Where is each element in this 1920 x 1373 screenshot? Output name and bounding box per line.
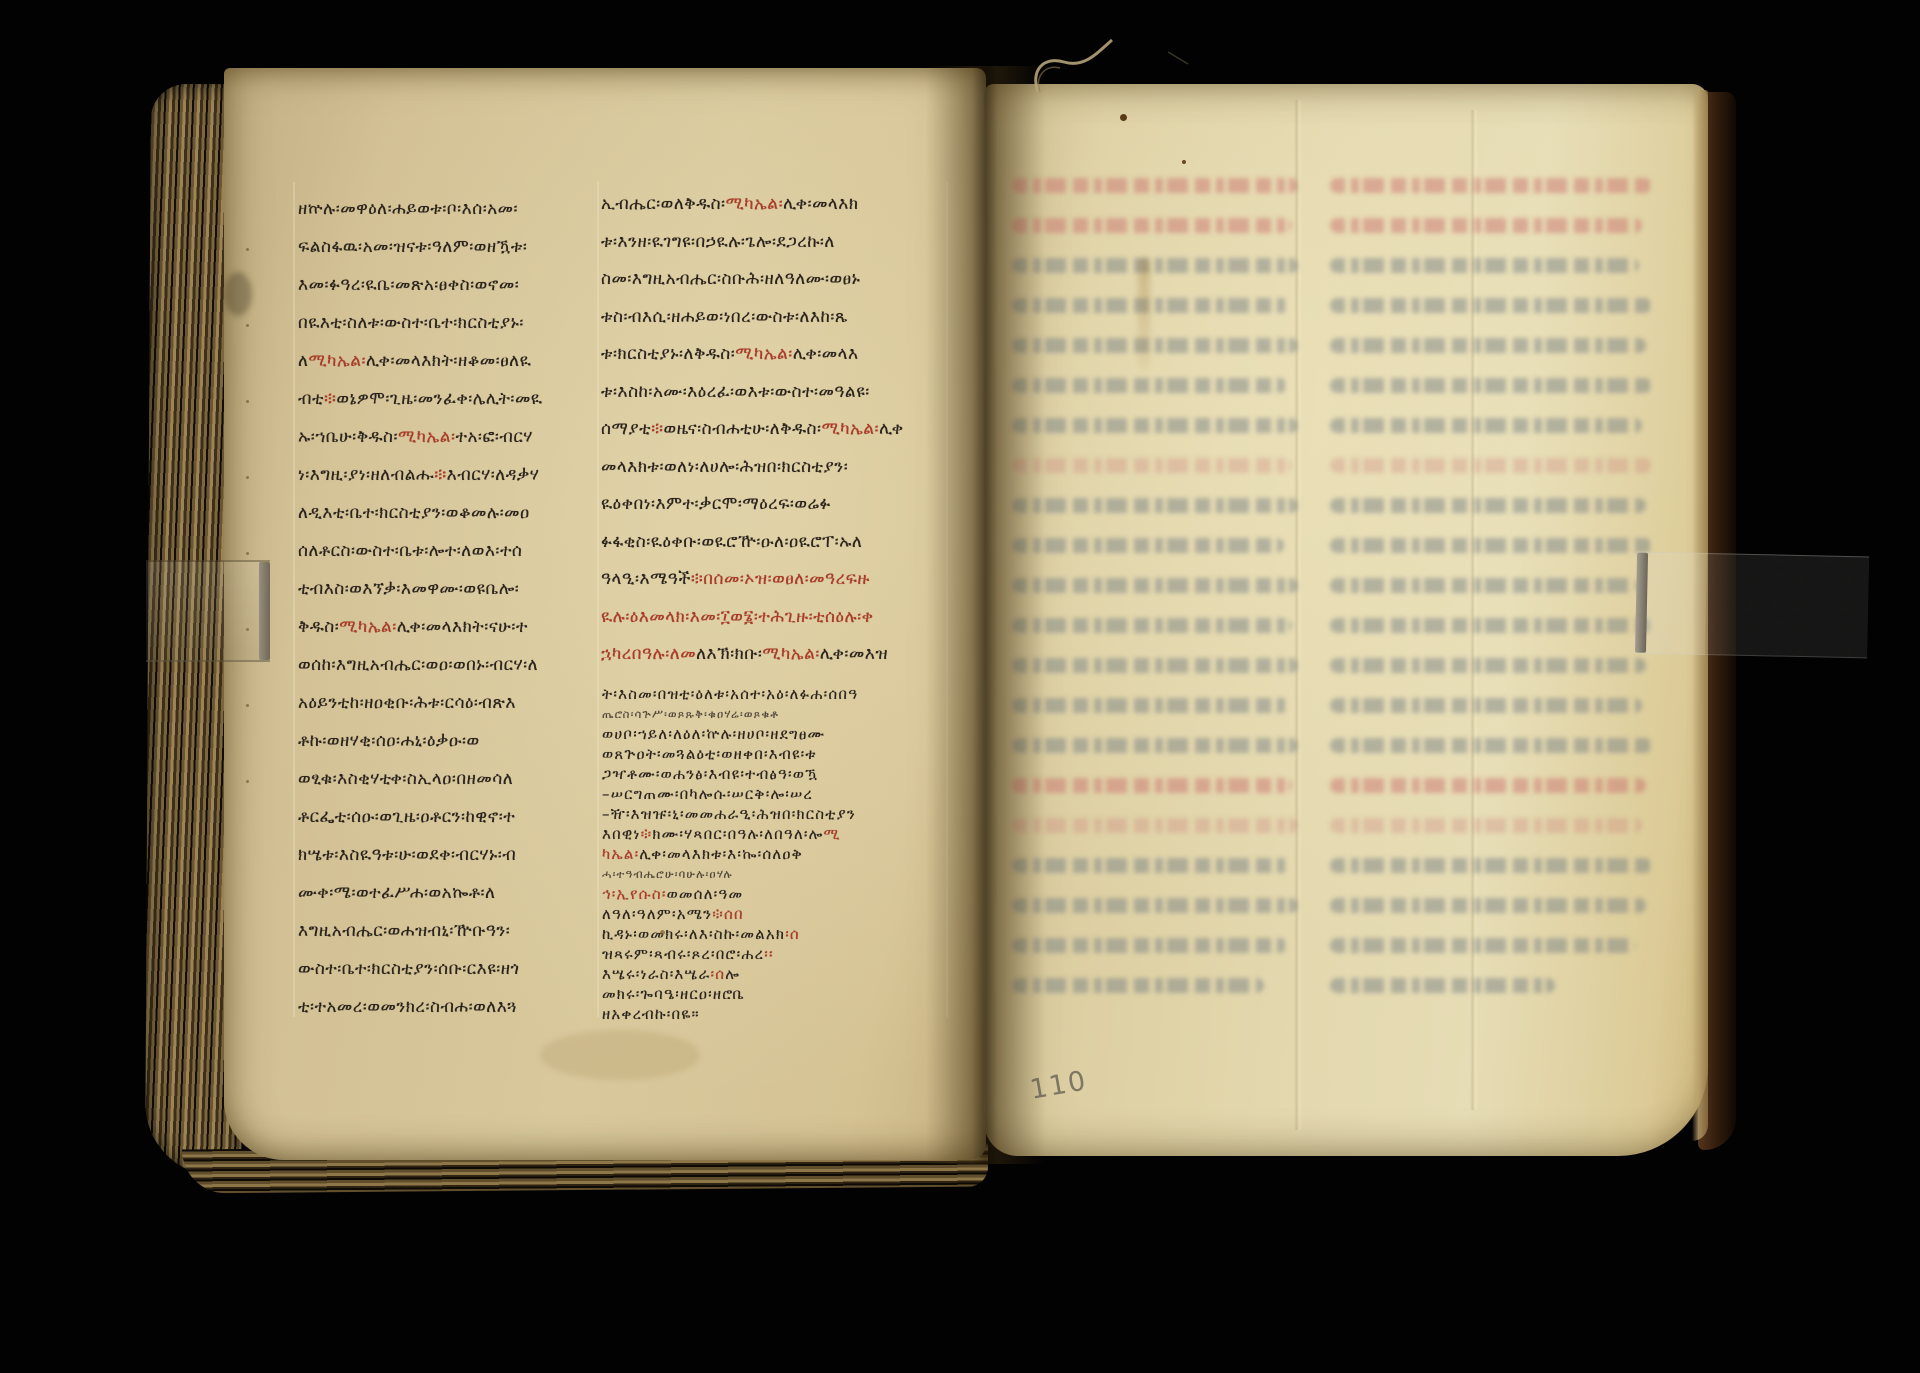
manuscript-text-line: እመ፡ፉዓረ፡ዪቤ፡መጽአ፡ፀቀስ፡ወኖመ፡	[298, 266, 594, 304]
ink-text: ቶርፌቲ፡ሰዑ፡ወጊዜ፡ዐቶርን፡ከዊኖ፡ተ	[298, 807, 515, 827]
bleedthrough-line	[1012, 258, 1298, 273]
manuscript-text-line: በዪእቲ፡ስለቱ፡ውስተ፡ቤተ፡ክርስቲያኑ፡	[298, 304, 594, 342]
pricking-hole	[246, 780, 249, 783]
rubric-red-text: ካኤል፡	[602, 845, 639, 863]
ink-text: ቱ፡እስከ፡አሙ፡እዕረፈ፡ወእቱ፡ውስተ፡መዓልዩ፡	[601, 382, 870, 402]
bleedthrough-line	[1330, 538, 1652, 553]
ink-text: ሙቀ፡ሜ፡ወተፈሥሐ፡ወአኰቶ፡ለ	[298, 883, 495, 903]
text-column-left: ዘኵሉ፡መዋዕለ፡ሐይወቱ፡ቦ፡እሰ፡አመ፡ፍልስፋዉ፡አመ፡ዝናቱ፡ዓለም፡ወ…	[298, 190, 594, 1026]
bleedthrough-line	[1012, 578, 1298, 593]
ink-text: ሊቀ፡መላእክ	[783, 194, 858, 214]
bleedthrough-line	[1330, 338, 1646, 353]
rubric-red-text: ሚካኤል፡	[726, 194, 784, 214]
ink-text: እግዚአብሔር፡ወሐዝብኒ፡ዅቡዓን፡	[298, 921, 510, 941]
ink-text: ጋዣቶሙ፡ወሐንፅ፡እብዩ፡ተብፅዓ፡ወዃ	[602, 765, 818, 783]
parchment-stain	[540, 1030, 700, 1080]
manuscript-text-line: መክሩ፡ጐባዔ፡ዘርዐ፡ዘሮቤ	[602, 984, 949, 1004]
bleedthrough-line	[1012, 338, 1298, 353]
pricking-hole	[246, 400, 249, 403]
ink-text: –ዥ፡እዝዡ፡ኒ፡መመሐራዒ፡ሕዝበ፡ክርስቲያን	[602, 805, 856, 823]
binding-thread	[1000, 28, 1220, 108]
manuscript-text-line: ውስተ፡ቤተ፡ክርስቲያን፡ሰቡ፡ርእዩ፡ዘጎ	[298, 950, 594, 988]
manuscript-text-line: ሓ፡ተዓብሔሮሁ፡ባሁሉ፡ዐሃሉ	[602, 864, 949, 884]
manuscript-text-line: ወፂቁ፡እስቂሃቲቀ፡ስኢላዐ፡በዘመሳለ	[298, 760, 594, 798]
manuscript-text-line: አዕይንቲከ፡ዘዐቂቡ፡ሕቱ፡ርሳዕ፡ብጽእ	[298, 684, 594, 722]
manuscript-text-line: ኅ፡ኢየሱስ፡ወመሰለ፡ዓመ	[602, 884, 949, 904]
ink-text: ቱ፡እንዘ፡ዪገግዩ፡በኃዪሉ፡ጌሎ፡ደጋረኩ፡ለ	[601, 232, 835, 252]
manuscript-text-line: ብቲ፨ወኔዎሞ፡ጊዜ፡መንፈቀ፡ሌሊት፡መዪ	[298, 380, 594, 418]
ink-text: ብቲ	[298, 389, 324, 409]
ink-text: ፍልስፋዉ፡አመ፡ዝናቱ፡ዓለም፡ወዘዃቱ፡	[298, 237, 527, 257]
manuscript-text-line: ስመ፡እግዚአብሔር፡ስቡሕ፡ዘለዓለሙ፡ወፀኑ	[601, 261, 948, 299]
bleedthrough-line	[1330, 458, 1652, 473]
ink-text: ዝጻሩም፡ጻብሩ፡ጾረ፡በሮ፡ሐረ	[602, 945, 764, 963]
rubric-red-text: ፨ሰበ	[712, 905, 744, 923]
bleedthrough-line	[1012, 778, 1292, 793]
ink-text: ቱ፡ክርስቲያኑ፡ለቅዱስ፡	[601, 344, 735, 364]
bleedthrough-line	[1330, 978, 1555, 993]
parchment-stain	[224, 272, 252, 316]
manuscript-text-line: ዪዕቀበነ፡እምተ፡ቃርሞ፡ማዕረፍ፡ወሬፉ	[601, 486, 948, 524]
ink-text: እመ፡ፉዓረ፡ዪቤ፡መጽአ፡ፀቀስ፡ወኖመ፡	[298, 275, 519, 295]
bleedthrough-line	[1012, 818, 1298, 833]
manuscript-photo-scene: ዘኵሉ፡መዋዕለ፡ሐይወቱ፡ቦ፡እሰ፡አመ፡ፍልስፋዉ፡አመ፡ዝናቱ፡ዓለም፡ወ…	[0, 0, 1920, 1373]
bleedthrough-column-left	[1012, 178, 1298, 1018]
rubric-red-text: ሚ	[823, 825, 840, 843]
manuscript-text-line: ሙቀ፡ሜ፡ወተፈሥሐ፡ወአኰቶ፡ለ	[298, 874, 594, 912]
manuscript-text-line: ቱ፡እንዘ፡ዪገግዩ፡በኃዪሉ፡ጌሎ፡ደጋረኩ፡ለ	[601, 224, 948, 262]
ink-text: ወኔዎሞ፡ጊዜ፡መንፈቀ፡ሌሊት፡መዪ	[336, 389, 542, 409]
manuscript-text-line: ቲ፡ተአመረ፡ወመንክረ፡ስብሐ፡ወለእጓ	[298, 988, 594, 1026]
rubric-red-text: ሚካኤል፡	[822, 419, 880, 439]
ink-text: –ሠርግጠሙ፡በካሎሱ፡ሠርቅ፡ሎ፡ሠረ	[602, 785, 813, 803]
rubric-red-text: ኅ፡ኢየሱስ፡	[602, 885, 667, 903]
rubric-red-text: ሚካኤል፡	[308, 351, 366, 371]
pricking-hole	[246, 248, 249, 251]
manuscript-text-line: ቱ፡ክርስቲያኑ፡ለቅዱስ፡ሚካኤል፡ሊቀ፡መላእ	[601, 336, 948, 374]
manuscript-text-line: ቶርፌቲ፡ሰዑ፡ወጊዜ፡ዐቶርን፡ከዊኖ፡ተ	[298, 798, 594, 836]
rubric-red-text: ፨	[641, 825, 653, 843]
ink-text: ኢብሔር፡ወለቅዱስ፡	[601, 194, 726, 214]
rubric-red-text: ፨በሰመ፡ኦዝ፡ወፀለ፡መዓረፍዙ	[691, 569, 870, 589]
ink-text: ለዲእቲ፡ቤተ፡ክርስቲያን፡ወቆመሉ፡መዐ	[298, 503, 530, 523]
manuscript-text-line: እሤሩ፡ነራስ፡እሤራ፡ሰሎ	[602, 964, 949, 984]
text-column-right-upper: ኢብሔር፡ወለቅዱስ፡ሚካኤል፡ሊቀ፡መላእክቱ፡እንዘ፡ዪገግዩ፡በኃዪሉ፡ጌ…	[601, 186, 948, 674]
pricking-hole	[246, 476, 249, 479]
bleedthrough-line	[1012, 218, 1292, 233]
ink-text: ለእኽ፡ክቡ፡	[696, 644, 762, 664]
manuscript-text-line: ሰለቶርስ፡ውስተ፡ቤቱ፡ሎተ፡ለወእ፡ተሰ	[298, 532, 594, 570]
manuscript-text-line: ለዲእቲ፡ቤተ፡ክርስቲያን፡ወቆመሉ፡መዐ	[298, 494, 594, 532]
rubric-red-text: ፡፡	[764, 945, 773, 963]
parchment-speck	[1182, 160, 1186, 164]
ink-text: ሊቀ፡መላእክት፡ዘቆመ፡ፀለዪ	[366, 351, 531, 371]
bleedthrough-line	[1330, 738, 1652, 753]
manuscript-text-line: ሰማያቲ፨ወዜና፡ስብሐቲሁ፡ለቅዱስ፡ሚካኤል፡ሊቀ	[601, 411, 948, 449]
bleedthrough-line	[1330, 618, 1652, 633]
bleedthrough-line	[1330, 258, 1639, 273]
bleedthrough-line	[1330, 698, 1642, 713]
manuscript-text-line: ዪሉ፡ዕእመላክ፡እመ፡፲ወ፮፡ተሕጊዙ፡ቲሰዕሉ፡ቀ	[601, 599, 948, 637]
bleedthrough-line	[1330, 858, 1652, 873]
plexiglass-edge-bar	[1635, 553, 1648, 653]
ink-text: ለ	[298, 351, 308, 371]
manuscript-text-line: ዘኵሉ፡መዋዕለ፡ሐይወቱ፡ቦ፡እሰ፡አመ፡	[298, 190, 594, 228]
manuscript-text-line: ወጸጕዐት፡መጓልዕቲ፡ወዘቀበ፡እብዩ፡ቱ	[602, 744, 949, 764]
ink-text: ስመ፡እግዚአብሔር፡ስቡሕ፡ዘለዓለሙ፡ወፀኑ	[601, 269, 860, 289]
manuscript-text-line: ዘአቀረብኩ፡በዬ።	[602, 1004, 949, 1024]
rubric-red-text: ኋካረበዓሉ፡ለመ	[601, 644, 696, 664]
ink-text: ወሀቦ፡ኀይለ፡ለዕለ፡ኵሉ፡ዘሀቦ፡ዘደግፀሙ	[602, 725, 825, 743]
rubric-red-text: ፨	[434, 465, 446, 485]
ink-text: ነ፡እግዚ፡ያነ፡ዘለብልሑ	[298, 465, 434, 485]
manuscript-text-line: ቲብእስ፡ወእኘቃ፡እመዋሙ፡ወዩቤሎ፡	[298, 570, 594, 608]
ink-text: ወመሰለ፡ዓመ	[667, 885, 744, 903]
manuscript-text-line: ኡ፡ኀቤሁ፡ቅዱስ፡ሚካኤል፡ተአ፡ፎ፡ብርሃ	[298, 418, 594, 456]
ink-text: እብርሃ፡ለዳቃሃ	[447, 465, 540, 485]
ink-text: ዘኵሉ፡መዋዕለ፡ሐይወቱ፡ቦ፡እሰ፡አመ፡	[298, 199, 518, 219]
bleedthrough-line	[1012, 938, 1287, 953]
ink-text: ወጸጕዐት፡መጓልዕቲ፡ወዘቀበ፡እብዩ፡ቱ	[602, 745, 817, 763]
ink-text: አዕይንቲከ፡ዘዐቂቡ፡ሕቱ፡ርሳዕ፡ብጽእ	[298, 693, 516, 713]
manuscript-text-line: ክሤቱ፡እስዪዓቱ፡ሁ፡ወደቀ፡ብርሃኑ፡ብ	[298, 836, 594, 874]
ink-text: ሰለቶርስ፡ውስተ፡ቤቱ፡ሎተ፡ለወእ፡ተሰ	[298, 541, 522, 561]
ink-text: ዓላዒ፡እሜዓች	[601, 569, 691, 589]
bleedthrough-line	[1330, 658, 1646, 673]
parchment-speck	[1120, 114, 1127, 121]
manuscript-text-line: ካኤል፡ሊቀ፡መላእክቱ፡እ፡ኰ፡ሰለዐቅ	[602, 844, 949, 864]
ink-text: ኡ፡ኀቤሁ፡ቅዱስ፡	[298, 427, 398, 447]
ink-text: ተአ፡ፎ፡ብርሃ	[456, 427, 533, 447]
bleedthrough-line	[1012, 538, 1284, 553]
page-crease	[1470, 110, 1478, 1110]
parchment-speck	[660, 930, 665, 935]
bleedthrough-line	[1330, 938, 1636, 953]
ink-text: ሰማያቲ	[601, 419, 651, 439]
bleedthrough-line	[1330, 898, 1646, 913]
text-column-right-lower: ት፡እስመ፡በዝቲ፡ዕለቱ፡አሰተ፡አዕ፡ለፉሐ፡ሰበዓጤሮስ፡ሳጕሥ፡ወጾጹቅ…	[602, 684, 949, 1024]
manuscript-text-line: ቱስ፡ብእሲ፡ዘሐይወ፡ነበረ፡ውስቱ፡ለእከ፡ጼ	[601, 299, 948, 337]
ink-text: ፉፋቂስ፡ዪዕቀቡ፡ወዪሮዅ፡ዑለ፡ዐዪሮፐ፡ኡለ	[601, 532, 862, 552]
ink-text: ጤሮስ፡ሳጕሥ፡ወጾጹቅ፡ቁዐሃሬ፡ወጾቁቶ	[602, 707, 779, 721]
manuscript-text-line: ቱ፡እስከ፡አሙ፡እዕረፈ፡ወእቱ፡ውስተ፡መዓልዩ፡	[601, 374, 948, 412]
ink-text: ሎ	[725, 965, 740, 983]
bleedthrough-line	[1012, 418, 1298, 433]
bleedthrough-line	[1330, 378, 1652, 393]
manuscript-text-line: ዝጻሩም፡ጻብሩ፡ጾረ፡በሮ፡ሐረ፡፡	[602, 944, 949, 964]
ink-text: ክሙ፡ሃጻበር፡በዓሉ፡ለበዓለ፡ሎ	[652, 825, 823, 843]
manuscript-text-line: ጤሮስ፡ሳጕሥ፡ወጾጹቅ፡ቁዐሃሬ፡ወጾቁቶ	[602, 704, 949, 724]
ink-text: ወሰከ፡እግዚአብሔር፡ወዐ፡ወበኑ፡ብርሃ፡ለ	[298, 655, 538, 675]
manuscript-text-line: –ዥ፡እዝዡ፡ኒ፡መመሐራዒ፡ሕዝበ፡ክርስቲያን	[602, 804, 949, 824]
page-crease	[1294, 100, 1302, 1130]
bleedthrough-line	[1012, 378, 1287, 393]
pricking-hole	[246, 552, 249, 555]
rubric-red-text: ሚካኤል፡	[762, 644, 820, 664]
ink-text: ወፂቁ፡እስቂሃቲቀ፡ስኢላዐ፡በዘመሳለ	[298, 769, 513, 789]
rubric-red-text: ፡ሰ	[710, 965, 725, 983]
ink-text: እበዊነ	[602, 825, 641, 843]
parchment-stain	[1138, 258, 1150, 370]
ink-text: ኪዳኑ፡ወመክሩ፡ለእ፡ስኩ፡መልአክ	[602, 925, 785, 943]
rubric-red-text: ዪሉ፡ዕእመላክ፡እመ፡፲ወ፮፡ተሕጊዙ፡ቲሰዕሉ፡ቀ	[601, 607, 874, 627]
bleedthrough-line	[1012, 738, 1298, 753]
bleedthrough-line	[1012, 698, 1289, 713]
ink-text: ሊቀ፡መላእ	[793, 344, 859, 364]
bleedthrough-line	[1330, 778, 1646, 793]
bleedthrough-line	[1330, 418, 1642, 433]
bleedthrough-line	[1012, 858, 1289, 873]
rubric-red-text: ፨	[324, 389, 336, 409]
rubric-red-text: ሚካኤል፡	[339, 617, 397, 637]
ink-text: ሊቀ	[879, 419, 903, 439]
bleedthrough-line	[1012, 978, 1264, 993]
bleedthrough-line	[1330, 578, 1639, 593]
rubric-red-text: ሚካኤል፡	[735, 344, 793, 364]
manuscript-text-line: እግዚአብሔር፡ወሐዝብኒ፡ዅቡዓን፡	[298, 912, 594, 950]
ink-text: ዪዕቀበነ፡እምተ፡ቃርሞ፡ማዕረፍ፡ወሬፉ	[601, 494, 831, 514]
bleedthrough-line	[1012, 178, 1298, 193]
manuscript-text-line: ፉፋቂስ፡ዪዕቀቡ፡ወዪሮዅ፡ዑለ፡ዐዪሮፐ፡ኡለ	[601, 524, 948, 562]
manuscript-text-line: እበዊነ፨ክሙ፡ሃጻበር፡በዓሉ፡ለበዓለ፡ሎሚ	[602, 824, 949, 844]
rubric-red-text: ሚካኤል፡	[398, 427, 456, 447]
manuscript-text-line: ፍልስፋዉ፡አመ፡ዝናቱ፡ዓለም፡ወዘዃቱ፡	[298, 228, 594, 266]
bleedthrough-line	[1012, 658, 1298, 673]
bleedthrough-line	[1330, 498, 1646, 513]
manuscript-text-line: ኪዳኑ፡ወመክሩ፡ለእ፡ስኩ፡መልአክ፡ሰ	[602, 924, 949, 944]
plexiglass-weight-right	[1635, 552, 1869, 659]
ink-text: ቱስ፡ብእሲ፡ዘሐይወ፡ነበረ፡ውስቱ፡ለእከ፡ጼ	[601, 307, 848, 327]
plexiglass-weight-left	[146, 560, 270, 662]
ink-text: ሓ፡ተዓብሔሮሁ፡ባሁሉ፡ዐሃሉ	[602, 867, 733, 881]
ink-text: ሊቀ፡መላእክቱ፡እ፡ኰ፡ሰለዐቅ	[639, 845, 803, 863]
manuscript-text-line: ቶኩ፡ወዘሃቂ፡ሰዐ፡ሐኒ፡ዕቃዑ፡ወ	[298, 722, 594, 760]
rubric-red-text: ፡ሰ	[785, 925, 800, 943]
ink-text: ክሤቱ፡እስዪዓቱ፡ሁ፡ወደቀ፡ብርሃኑ፡ብ	[298, 845, 516, 865]
manuscript-text-line: ኋካረበዓሉ፡ለመለእኽ፡ክቡ፡ሚካኤል፡ሊቀ፡መእዝ	[601, 636, 948, 674]
bleedthrough-column-right	[1330, 178, 1652, 1018]
ink-text: ሊቀ፡መላእክት፡ናሁ፡ተ	[397, 617, 528, 637]
manuscript-text-line: ጋዣቶሙ፡ወሐንፅ፡እብዩ፡ተብፅዓ፡ወዃ	[602, 764, 949, 784]
plexiglass-edge-bar	[259, 562, 270, 660]
manuscript-text-line: ለሚካኤል፡ሊቀ፡መላእክት፡ዘቆመ፡ፀለዪ	[298, 342, 594, 380]
ink-text: ወዜና፡ስብሐቲሁ፡ለቅዱስ፡	[664, 419, 822, 439]
bleedthrough-line	[1012, 618, 1292, 633]
manuscript-text-line: ነ፡እግዚ፡ያነ፡ዘለብልሑ፨እብርሃ፡ለዳቃሃ	[298, 456, 594, 494]
ink-text: ለዓለ፡ዓለም፡አሜን	[602, 905, 712, 923]
ink-text: ቅዱስ፡	[298, 617, 339, 637]
manuscript-text-line: ኢብሔር፡ወለቅዱስ፡ሚካኤል፡ሊቀ፡መላእክ	[601, 186, 948, 224]
bleedthrough-line	[1012, 458, 1292, 473]
ruling-line	[597, 182, 599, 1017]
ruling-line	[293, 182, 295, 1017]
ink-text: እሤሩ፡ነራስ፡እሤራ	[602, 965, 710, 983]
bleedthrough-line	[1012, 898, 1298, 913]
bleedthrough-line	[1012, 298, 1289, 313]
manuscript-text-line: ለዓለ፡ዓለም፡አሜን፨ሰበ	[602, 904, 949, 924]
ink-text: ዘአቀረብኩ፡በዬ።	[602, 1005, 700, 1023]
manuscript-text-line: ቅዱስ፡ሚካኤል፡ሊቀ፡መላእክት፡ናሁ፡ተ	[298, 608, 594, 646]
ink-text: ት፡እስመ፡በዝቲ፡ዕለቱ፡አሰተ፡አዕ፡ለፉሐ፡ሰበዓ	[602, 685, 858, 703]
bleedthrough-line	[1012, 498, 1298, 513]
manuscript-text-line: –ሠርግጠሙ፡በካሎሱ፡ሠርቅ፡ሎ፡ሠረ	[602, 784, 949, 804]
ink-text: በዪእቲ፡ስለቱ፡ውስተ፡ቤተ፡ክርስቲያኑ፡	[298, 313, 524, 333]
manuscript-text-line: ወሰከ፡እግዚአብሔር፡ወዐ፡ወበኑ፡ብርሃ፡ለ	[298, 646, 594, 684]
ink-text: ውስተ፡ቤተ፡ክርስቲያን፡ሰቡ፡ርእዩ፡ዘጎ	[298, 959, 519, 979]
manuscript-text-line: ት፡እስመ፡በዝቲ፡ዕለቱ፡አሰተ፡አዕ፡ለፉሐ፡ሰበዓ	[602, 684, 949, 704]
ink-text: ቲ፡ተአመረ፡ወመንክረ፡ስብሐ፡ወለእጓ	[298, 997, 517, 1017]
manuscript-text-line: ዓላዒ፡እሜዓች፨በሰመ፡ኦዝ፡ወፀለ፡መዓረፍዙ	[601, 561, 948, 599]
bleedthrough-line	[1330, 298, 1652, 313]
ink-text: መክሩ፡ጐባዔ፡ዘርዐ፡ዘሮቤ	[602, 985, 745, 1003]
pricking-hole	[246, 324, 249, 327]
pricking-hole	[246, 704, 249, 707]
manuscript-text-line: መላእክቱ፡ወለነ፡ለሀሎ፡ሕዝበ፡ክርስቲያን፡	[601, 449, 948, 487]
bleedthrough-line	[1330, 818, 1642, 833]
rubric-red-text: ፨	[651, 419, 663, 439]
ink-text: ቲብእስ፡ወእኘቃ፡እመዋሙ፡ወዩቤሎ፡	[298, 579, 519, 599]
ink-text: ቶኩ፡ወዘሃቂ፡ሰዐ፡ሐኒ፡ዕቃዑ፡ወ	[298, 731, 480, 751]
manuscript-text-line: ወሀቦ፡ኀይለ፡ለዕለ፡ኵሉ፡ዘሀቦ፡ዘደግፀሙ	[602, 724, 949, 744]
bleedthrough-line	[1330, 218, 1642, 233]
ink-text: መላእክቱ፡ወለነ፡ለሀሎ፡ሕዝበ፡ክርስቲያን፡	[601, 457, 848, 477]
ink-text: ሊቀ፡መእዝ	[820, 644, 888, 664]
bleedthrough-line	[1330, 178, 1652, 193]
